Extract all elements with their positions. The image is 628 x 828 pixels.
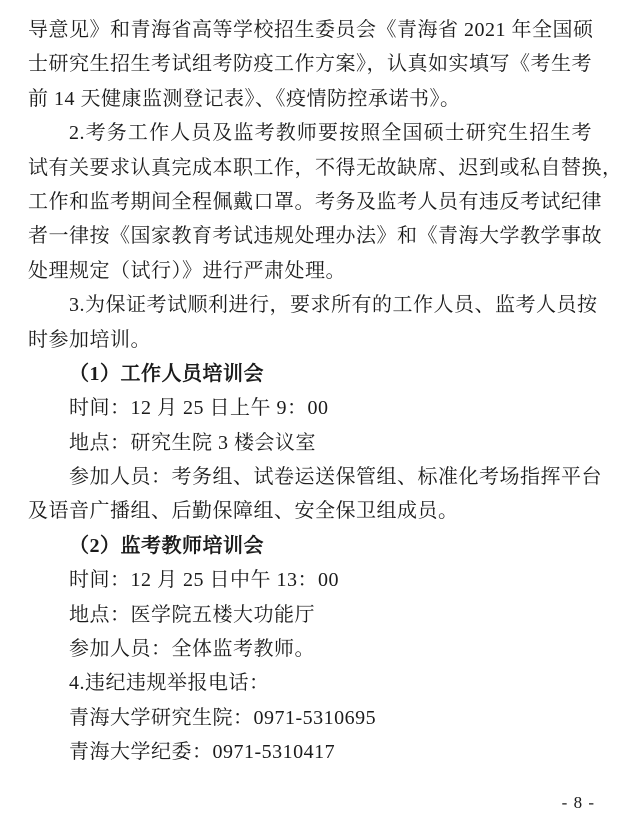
paragraph-line: 者一律按《国家教育考试违规处理办法》和《青海大学教学事故 — [28, 219, 592, 253]
meeting-2-time: 时间：12 月 25 日中午 13：00 — [28, 563, 592, 597]
paragraph-line: 工作和监考期间全程佩戴口罩。考务及监考人员有违反考试纪律 — [28, 185, 592, 219]
meeting-1-participants-cont: 及语音广播组、后勤保障组、安全保卫组成员。 — [28, 494, 592, 528]
meeting-1-participants: 参加人员：考务组、试卷运送保管组、标准化考场指挥平台 — [28, 460, 592, 494]
section-2-heading: （2）监考教师培训会 — [28, 529, 592, 563]
document-page: 导意见》和青海省高等学校招生委员会《青海省 2021 年全国硕 士研究生招生考试… — [0, 0, 628, 828]
paragraph-line: 处理规定（试行）》进行严肃处理。 — [28, 254, 592, 288]
meeting-1-time: 时间：12 月 25 日上午 9：00 — [28, 391, 592, 425]
paragraph-line: 时参加培训。 — [28, 323, 592, 357]
meeting-1-location: 地点：研究生院 3 楼会议室 — [28, 426, 592, 460]
page-number: - 8 - — [562, 793, 595, 813]
phone-graduate-school: 青海大学研究生院：0971-5310695 — [28, 701, 592, 735]
paragraph-line-item-4: 4.违纪违规举报电话： — [28, 666, 592, 700]
paragraph-line: 士研究生招生考试组考防疫工作方案》，认真如实填写《考生考 — [28, 47, 592, 81]
paragraph-line: 试有关要求认真完成本职工作，不得无故缺席、迟到或私自替换， — [28, 151, 592, 185]
paragraph-line: 导意见》和青海省高等学校招生委员会《青海省 2021 年全国硕 — [28, 13, 592, 47]
phone-discipline-committee: 青海大学纪委：0971-5310417 — [28, 735, 592, 769]
text-block: 导意见》和青海省高等学校招生委员会《青海省 2021 年全国硕 士研究生招生考试… — [28, 13, 592, 770]
paragraph-line-item-3: 3.为保证考试顺利进行，要求所有的工作人员、监考人员按 — [28, 288, 592, 322]
paragraph-line-item-2: 2.考务工作人员及监考教师要按照全国硕士研究生招生考 — [28, 116, 592, 150]
paragraph-line: 前 14 天健康监测登记表》、《疫情防控承诺书》。 — [28, 82, 592, 116]
meeting-2-participants: 参加人员：全体监考教师。 — [28, 632, 592, 666]
meeting-2-location: 地点：医学院五楼大功能厅 — [28, 598, 592, 632]
section-1-heading: （1）工作人员培训会 — [28, 357, 592, 391]
